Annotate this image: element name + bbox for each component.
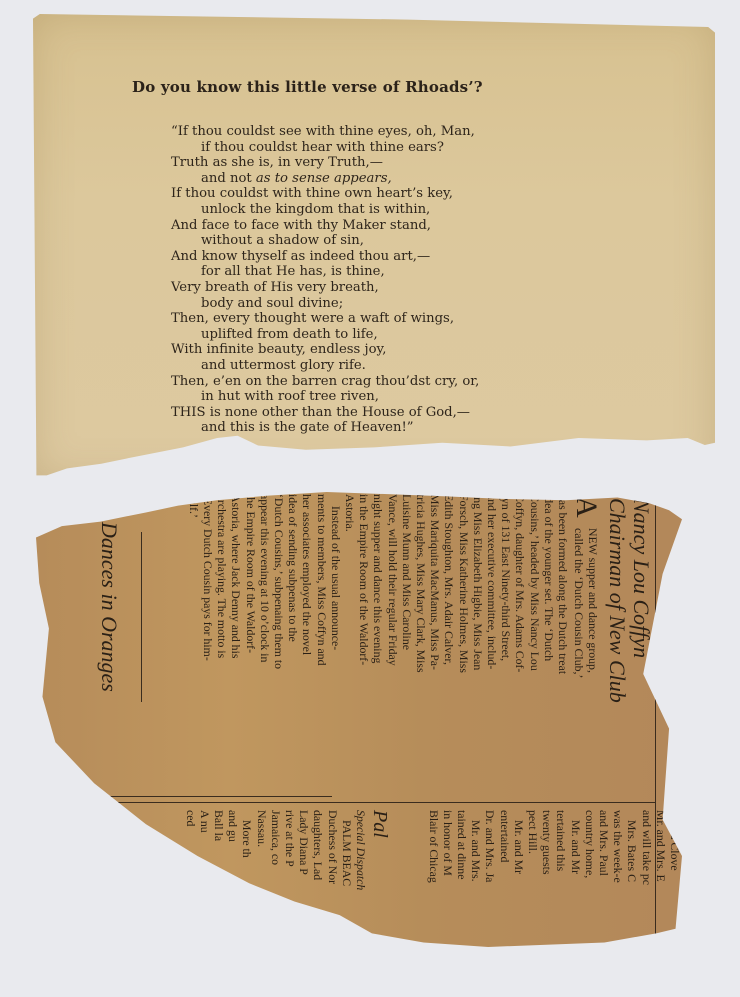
article-line: night supper and dance this evening (371, 494, 385, 674)
palm-line: daughters, Lad (311, 810, 325, 890)
verse-line: THIS is none other than the House of God… (171, 405, 591, 421)
verse: “If thou couldst see with thine eyes, oh… (171, 124, 591, 436)
society-line: Mrs. Bates C (625, 810, 639, 885)
article-column-body: has been formed along the Dutch treat id… (187, 494, 570, 674)
article-line: ‘Every Dutch Cousin pays for him- (201, 494, 215, 674)
palm-line: A nu (198, 810, 212, 890)
verse-line: and this is the gate of Heaven!” (171, 420, 591, 436)
society-line: tained at dinne (455, 810, 469, 885)
society-line: Mr. and Mr (512, 810, 526, 885)
society-line: Mr. and Mr (568, 810, 582, 885)
verse-line: body and soul divine; (171, 296, 591, 312)
verse-line: in hut with roof tree riven, (171, 389, 591, 405)
article-line: fyn of 131 East Ninety-third Street, (499, 494, 513, 674)
palm-line: Ball la (212, 810, 226, 890)
society-line: rented Clove (668, 810, 682, 885)
palm-line: ced (183, 810, 197, 890)
society-line: Blair of Chicag (426, 810, 440, 885)
verse-line: and uttermost glory rife. (171, 358, 591, 374)
society-line: entertained (497, 810, 511, 885)
society-line: and Mrs. Paul (597, 810, 611, 885)
article-line: idea of sending subpenas to the (286, 494, 300, 674)
article-line: and her executive committee, includ- (485, 494, 499, 674)
verse-line: If thou couldst with thine own heart’s k… (171, 186, 591, 202)
verse-line: if thou couldst hear with thine ears? (171, 140, 591, 156)
palm-dateline: Special Dispatch (354, 810, 368, 890)
article-line: ments to members, Miss Coffyn and (314, 494, 328, 674)
verse-line: Then, every thought were a waft of wings… (171, 311, 591, 327)
palm-rule (36, 796, 332, 797)
article-line: ing Miss Elizabeth Higbie, Miss Jean (471, 494, 485, 674)
fragment: of (673, 496, 685, 505)
article-line: Miss Mariquita MacManus, Miss Pa- (428, 494, 442, 674)
palm-beach-column: Pal Special Dispatch PALM BEAC Duchess o… (183, 810, 392, 890)
palm-line: and gu (226, 810, 240, 890)
side-rule (141, 532, 142, 702)
verse-line: without a shadow of sin, (171, 233, 591, 249)
palm-line: PALM BEAC (340, 810, 354, 890)
newspaper-clipping: of Nancy Lou Coffyn Chairman of New Club… (36, 492, 682, 947)
society-line: Dr. and Mrs. Ja (483, 810, 497, 885)
palm-line: Lady Diana P (297, 810, 311, 890)
verse-line: Very breath of His very breath, (171, 280, 591, 296)
verse-line: And know thyself as indeed thou art,— (171, 249, 591, 265)
society-line: in honor of M (441, 810, 455, 885)
clipping-rotated-content: of Nancy Lou Coffyn Chairman of New Club… (36, 492, 682, 947)
article-column: ANEW supper and dance group, called the … (572, 496, 600, 678)
society-line: Mr. and Mrs. (469, 810, 483, 885)
verse-line: With infinite beauty, endless joy, (171, 342, 591, 358)
verse-line: Then, e’en on the barren crag thou’dst c… (171, 374, 591, 390)
article-line: self.’ (187, 494, 201, 674)
verse-line-italic: as to sense appears, (256, 171, 392, 186)
society-line: pect Hill. (526, 810, 540, 885)
palm-line: rive at the P (283, 810, 297, 890)
top-fragments: of (672, 496, 686, 505)
article-line: the Empire Room of the Waldorf- (243, 494, 257, 674)
article-text: NEW supper and dance group, (586, 528, 600, 673)
palm-line: Nassau. (254, 810, 268, 890)
society-column: rented Clove Mr. and Mrs. E and will tak… (426, 810, 682, 885)
society-line: twenty guests (540, 810, 554, 885)
palm-line: More th (240, 810, 254, 890)
verse-line: for all that He has, is thine, (171, 264, 591, 280)
side-headline: Dances in Oranges (96, 522, 122, 692)
article-line: Astoria, where Jack Denny and his (229, 494, 243, 674)
article-line: Edith Stoughton, Mrs. Adair Calver, (442, 494, 456, 674)
article-line: appear this evening at 10 o’clock in (258, 494, 272, 674)
article-line: Forsch, Miss Katherine Holmes, Miss (456, 494, 470, 674)
article-line: has been formed along the Dutch treat (556, 494, 570, 674)
verse-line: And face to face with thy Maker stand, (171, 218, 591, 234)
palm-line: Duchess of Nor (325, 810, 339, 890)
society-line: and will take pc (639, 810, 653, 885)
palm-headline: Pal (368, 810, 392, 890)
article-line: orchestra are playing. The motto is (215, 494, 229, 674)
headline-line2: Chairman of New Club (604, 498, 630, 703)
society-line: was the week-e (611, 810, 625, 885)
article-line: ‘Dutch Cousins,’ subpenaing them to (272, 494, 286, 674)
article-line: her associates employed the novel (300, 494, 314, 674)
article-line: Luisine Munn and Miss Caroline (400, 494, 414, 674)
article-line: called the ‘Dutch Cousin Club,’ (572, 496, 586, 678)
article-line: Astoria. (343, 494, 357, 674)
verse-line: Truth as she is, in very Truth,— (171, 155, 591, 171)
card-title: Do you know this little verse of Rhoads’… (132, 78, 572, 96)
verse-line-plain: and not (201, 171, 256, 186)
article-line: Coffyn, daughter of Mrs. Adams Cof- (513, 494, 527, 674)
palm-line: Jamaica, co (269, 810, 283, 890)
headline-line1: Nancy Lou Coffyn (628, 498, 654, 658)
verse-line: uplifted from death to life, (171, 327, 591, 343)
society-line: Mr. and Mrs. E (654, 810, 668, 885)
verse-line: “If thou couldst see with thine eyes, oh… (171, 124, 591, 140)
article-line: Vance, will hold their regular Friday (385, 494, 399, 674)
column-rule-vertical (36, 802, 656, 803)
society-line: country home, (583, 810, 597, 885)
verse-line: unlock the kingdom that is within, (171, 202, 591, 218)
article-line: tricia Hughes, Miss Mary Clark, Miss (414, 494, 428, 674)
article-line: idea of the younger set. The ‘Dutch (542, 494, 556, 674)
article-line: in the Empire Room of the Waldorf- (357, 494, 371, 674)
verse-line: and not as to sense appears, (171, 171, 591, 187)
article-line: Cousins,’ headed by Miss Nancy Lou (527, 494, 541, 674)
dropcap: A (572, 496, 600, 518)
article-line: Instead of the usual announce- (329, 494, 343, 674)
society-line: tertained this (554, 810, 568, 885)
article-line: ANEW supper and dance group, (586, 496, 600, 678)
